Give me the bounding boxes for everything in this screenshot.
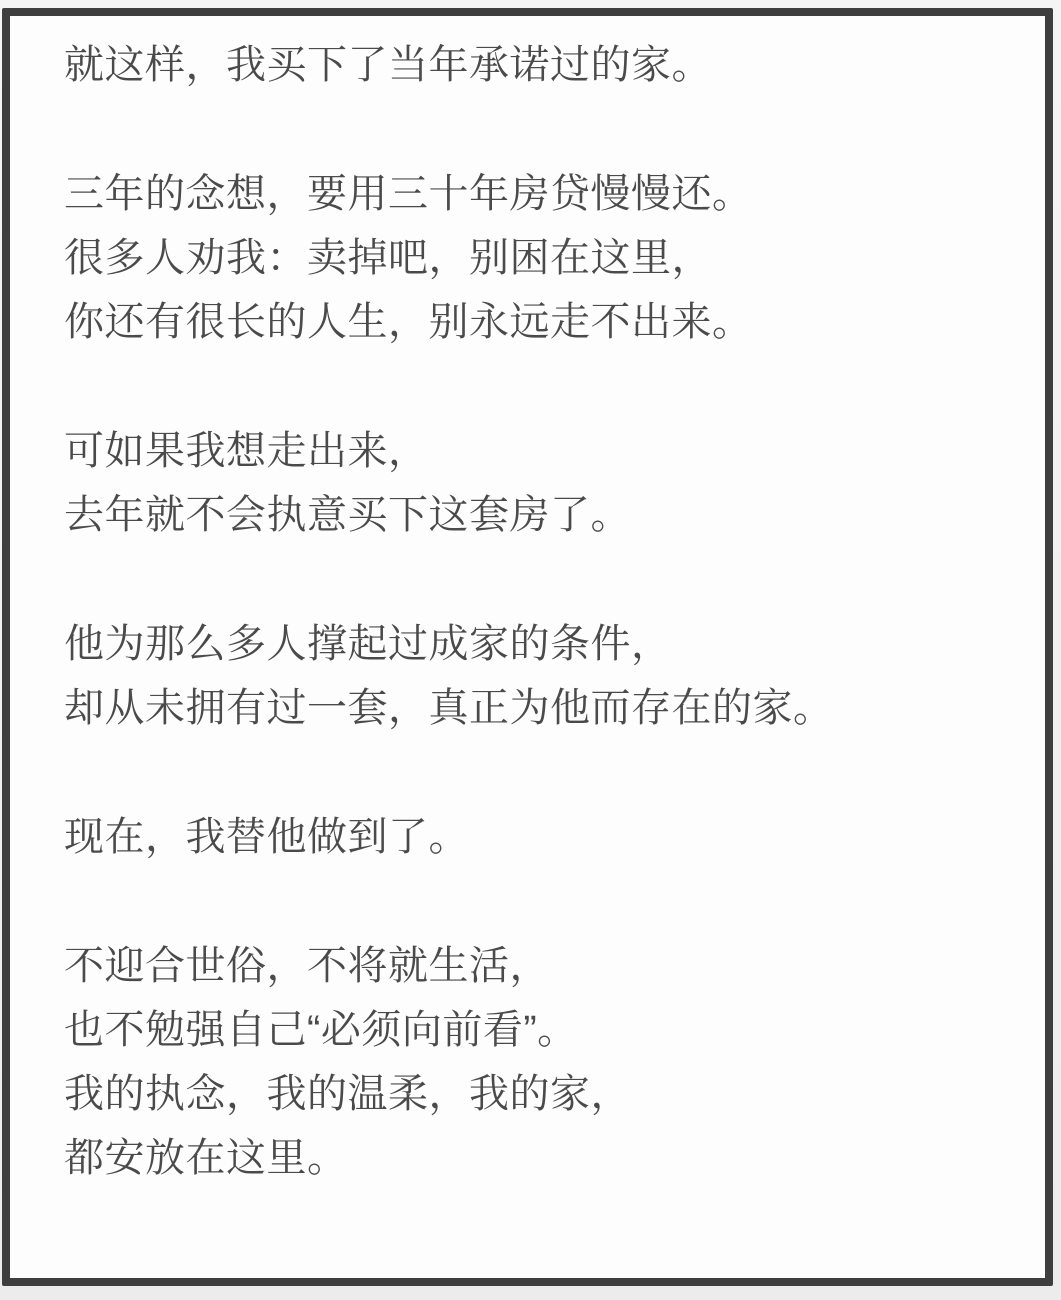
text-line: 你还有很长的人生，别永远走不出来。 <box>64 300 753 344</box>
text-line: 现在，我替他做到了。 <box>64 815 469 859</box>
page-background: 就这样，我买下了当年承诺过的家。 三年的念想，要用三十年房贷慢慢还。 很多人劝我… <box>0 0 1061 1300</box>
text-line: 我的执念，我的温柔，我的家， <box>64 1072 631 1116</box>
text-line: 不迎合世俗，不将就生活， <box>64 944 550 988</box>
text-line: 去年就不会执意买下这套房了。 <box>64 493 631 537</box>
paragraph: 三年的念想，要用三十年房贷慢慢还。 很多人劝我：卖掉吧，别困在这里， 你还有很长… <box>64 162 1005 354</box>
paragraph: 不迎合世俗，不将就生活， 也不勉强自己“必须向前看”。 我的执念，我的温柔，我的… <box>64 934 1005 1190</box>
text-frame: 就这样，我买下了当年承诺过的家。 三年的念想，要用三十年房贷慢慢还。 很多人劝我… <box>2 8 1053 1286</box>
text-line: 都安放在这里。 <box>64 1136 348 1180</box>
text-line: 他为那么多人撑起过成家的条件， <box>64 622 672 666</box>
text-line: 却从未拥有过一套，真正为他而存在的家。 <box>64 686 834 730</box>
text-line: 三年的念想，要用三十年房贷慢慢还。 <box>64 172 753 216</box>
article-text: 就这样，我买下了当年承诺过的家。 三年的念想，要用三十年房贷慢慢还。 很多人劝我… <box>10 16 1045 1190</box>
text-line: 可如果我想走出来， <box>64 429 429 473</box>
paragraph: 可如果我想走出来， 去年就不会执意买下这套房了。 <box>64 419 1005 547</box>
text-line: 就这样，我买下了当年承诺过的家。 <box>64 43 712 87</box>
text-line: 也不勉强自己“必须向前看”。 <box>64 1008 578 1052</box>
paragraph: 他为那么多人撑起过成家的条件， 却从未拥有过一套，真正为他而存在的家。 <box>64 612 1005 740</box>
paragraph: 就这样，我买下了当年承诺过的家。 <box>64 33 1005 97</box>
text-line: 很多人劝我：卖掉吧，别困在这里， <box>64 236 712 280</box>
paragraph: 现在，我替他做到了。 <box>64 805 1005 869</box>
